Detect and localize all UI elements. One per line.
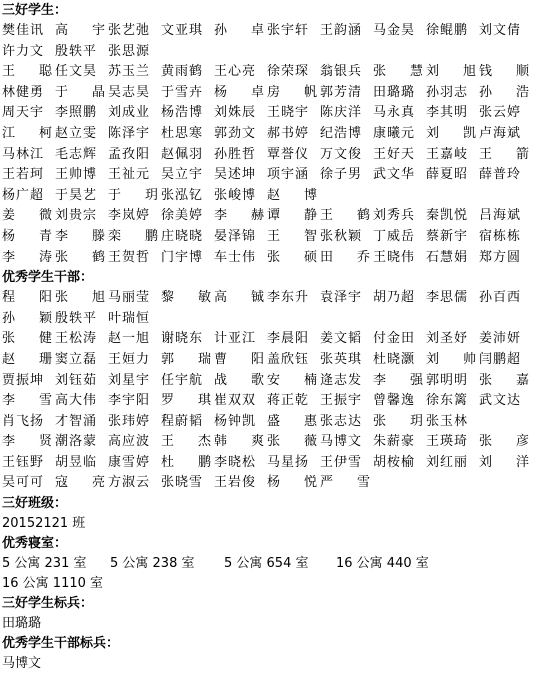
student-name: 张旭 bbox=[55, 288, 105, 309]
student-name: 吴立宇 bbox=[161, 165, 211, 186]
student-name: 战歌 bbox=[214, 371, 264, 392]
student-name: 叶瑞恒 bbox=[108, 309, 158, 330]
student-name: 郭劲文 bbox=[214, 124, 264, 145]
student-name: 谭静 bbox=[267, 206, 317, 227]
student-name: 刘旭 bbox=[426, 62, 476, 83]
sanhao-class-value: 20152121 班 bbox=[2, 514, 555, 534]
student-name: 李强 bbox=[373, 371, 423, 392]
student-name: 杨卓 bbox=[214, 83, 264, 104]
student-name: 徐荣琛 bbox=[267, 62, 317, 83]
student-name: 王帅博 bbox=[55, 165, 105, 186]
student-name: 张峻博 bbox=[214, 186, 264, 207]
student-name: 张宇轩 bbox=[267, 21, 317, 42]
student-name: 周天宇 bbox=[2, 103, 52, 124]
student-name: 盖欣钰 bbox=[267, 350, 317, 371]
student-name: 田乔 bbox=[320, 248, 370, 269]
name-row: 孙颖殷轶平叶瑞恒 bbox=[2, 309, 555, 330]
student-name: 翁银兵 bbox=[320, 62, 370, 83]
student-name: 马林江 bbox=[2, 145, 52, 166]
student-name: 刘成业 bbox=[108, 103, 158, 124]
student-name: 高应波 bbox=[108, 432, 158, 453]
name-row: 王聪任文昊苏玉兰黄雨鹤王心亮徐荣琛翁银兵张慧刘旭钱顺 bbox=[2, 62, 555, 83]
student-name: 王姮力 bbox=[108, 350, 158, 371]
student-name: 曾馨逸 bbox=[373, 391, 423, 412]
student-name: 杨钟凯 bbox=[214, 412, 264, 433]
student-name: 蔡新宇 bbox=[426, 227, 476, 248]
student-name: 张嘉 bbox=[479, 371, 529, 392]
student-name: 窦立磊 bbox=[55, 350, 105, 371]
student-name: 蒋正乾 bbox=[267, 391, 317, 412]
student-name: 毛志辉 bbox=[55, 145, 105, 166]
name-row: 李雪高大伟李宇阳罗琪崔双双蒋正乾王振宇曾馨逸徐东篱武文达 bbox=[2, 391, 555, 412]
student-name: 方淑云 bbox=[108, 473, 158, 494]
student-name: 门宇博 bbox=[161, 248, 211, 269]
student-name: 马星扬 bbox=[267, 453, 317, 474]
excellent-cadres-list: 程阳张旭马丽莹黎敏高铖李东升袁泽宇胡乃超李思儒孙百西孙颖殷轶平叶瑞恒张健王松涛赵… bbox=[2, 288, 555, 494]
student-name: 刘钰茹 bbox=[55, 371, 105, 392]
student-name: 车士伟 bbox=[214, 248, 264, 269]
student-name: 纪浩博 bbox=[320, 124, 370, 145]
name-row: 吴可可寇亮方淑云张晓雪王岩俊杨悦严雪 bbox=[2, 473, 555, 494]
student-name: 王晓伟 bbox=[373, 248, 423, 269]
student-name: 田璐璐 bbox=[373, 83, 423, 104]
student-name: 马博文 bbox=[320, 432, 370, 453]
student-name: 吴可可 bbox=[2, 473, 52, 494]
student-name: 王箭 bbox=[479, 145, 529, 166]
name-row: 姜微刘贵宗李岚婷徐美婷李赫谭静王鹤刘秀兵秦凯悦吕海斌 bbox=[2, 206, 555, 227]
student-name: 于晶 bbox=[55, 83, 105, 104]
student-name: 姜文韬 bbox=[320, 329, 370, 350]
student-name: 张薇 bbox=[267, 432, 317, 453]
student-name: 庄晓晓 bbox=[161, 227, 211, 248]
student-name: 武文达 bbox=[479, 391, 529, 412]
student-name: 任文昊 bbox=[55, 62, 105, 83]
student-name: 李涛 bbox=[2, 248, 52, 269]
student-name: 秦凯悦 bbox=[426, 206, 476, 227]
student-name: 付金田 bbox=[373, 329, 423, 350]
dorm-row: 5 公寓 231 室5 公寓 238 室5 公寓 654 室16 公寓 440 … bbox=[2, 554, 555, 574]
student-name: 郭明明 bbox=[426, 371, 476, 392]
student-name: 盛惠 bbox=[267, 412, 317, 433]
student-name: 王嘉岐 bbox=[426, 145, 476, 166]
student-name: 李宇阳 bbox=[108, 391, 158, 412]
student-name: 胡昱临 bbox=[55, 453, 105, 474]
student-name: 王杰 bbox=[161, 432, 211, 453]
student-name: 李贤 bbox=[2, 432, 52, 453]
student-name: 苏玉兰 bbox=[108, 62, 158, 83]
student-name: 杜思寒 bbox=[161, 124, 211, 145]
student-name: 薛普玲 bbox=[479, 165, 529, 186]
student-name: 晏泽锦 bbox=[214, 227, 264, 248]
section-title-excellent-dorms: 优秀寝室： bbox=[2, 534, 555, 554]
student-name: 王瑛琦 bbox=[426, 432, 476, 453]
name-row: 张健王松涛赵一旭谢晓东计亚江李晨阳姜文韬付金田刘圣妤姜沛妍 bbox=[2, 329, 555, 350]
student-name: 韩爽 bbox=[214, 432, 264, 453]
student-name: 孙羽志 bbox=[426, 83, 476, 104]
student-name: 赵博 bbox=[267, 186, 317, 207]
student-name: 朱薪豪 bbox=[373, 432, 423, 453]
sanhao-students-list: 樊佳讯高宇张艺弛文亚琪孙卓张宇轩王韵涵马金昊徐鲲鹏刘文倩许力文殷轶平张思源王聪任… bbox=[2, 21, 555, 268]
student-name: 胡乃超 bbox=[373, 288, 423, 309]
student-name: 林健勇 bbox=[2, 83, 52, 104]
student-name: 谢晓东 bbox=[161, 329, 211, 350]
student-name: 刘文倩 bbox=[479, 21, 529, 42]
section-title-sanhao-class: 三好班级： bbox=[2, 494, 555, 514]
student-name: 张晓雪 bbox=[161, 473, 211, 494]
dorm-room: 5 公寓 231 室 bbox=[2, 554, 86, 574]
section-title-sanhao-students: 三好学生： bbox=[2, 1, 555, 21]
student-name: 王若珂 bbox=[2, 165, 52, 186]
student-name: 徐子男 bbox=[320, 165, 370, 186]
student-name: 高宇 bbox=[55, 21, 105, 42]
student-name: 潮洛蒙 bbox=[55, 432, 105, 453]
student-name: 李照鹏 bbox=[55, 103, 105, 124]
section-title-sanhao-model: 三好学生标兵： bbox=[2, 594, 555, 614]
student-name: 项宇涵 bbox=[267, 165, 317, 186]
student-name: 才智涌 bbox=[55, 412, 105, 433]
student-name: 严雪 bbox=[320, 473, 370, 494]
student-name: 康雪婷 bbox=[108, 453, 158, 474]
name-row: 樊佳讯高宇张艺弛文亚琪孙卓张宇轩王韵涵马金昊徐鲲鹏刘文倩 bbox=[2, 21, 555, 42]
student-name: 江柯 bbox=[2, 124, 52, 145]
name-row: 江柯赵立雯陈泽宇杜思寒郭劲文郝书婷纪浩博康曦元刘凯卢海斌 bbox=[2, 124, 555, 145]
student-name: 张彦 bbox=[479, 432, 529, 453]
student-name: 杨广超 bbox=[2, 186, 52, 207]
student-name: 张玮婷 bbox=[108, 412, 158, 433]
student-name: 马永真 bbox=[373, 103, 423, 124]
student-name: 吴志昊 bbox=[108, 83, 158, 104]
student-name: 丁威岳 bbox=[373, 227, 423, 248]
student-name: 贾振坤 bbox=[2, 371, 52, 392]
student-name: 刘秀兵 bbox=[373, 206, 423, 227]
student-name: 肖飞扬 bbox=[2, 412, 52, 433]
student-name: 石慧娟 bbox=[426, 248, 476, 269]
student-name: 张玉林 bbox=[426, 412, 476, 433]
student-name: 任宇航 bbox=[161, 371, 211, 392]
student-name: 逄志发 bbox=[320, 371, 370, 392]
student-name: 张泓钇 bbox=[161, 186, 211, 207]
student-name: 高铖 bbox=[214, 288, 264, 309]
student-name: 吕海斌 bbox=[479, 206, 529, 227]
student-name: 李思儒 bbox=[426, 288, 476, 309]
name-row: 周天宇李照鹏刘成业杨浩博刘姝辰王晓宇陈庆洋马永真李其明张云婷 bbox=[2, 103, 555, 124]
student-name: 黄雨鹤 bbox=[161, 62, 211, 83]
student-name: 杨悦 bbox=[267, 473, 317, 494]
name-row: 李贤潮洛蒙高应波王杰韩爽张薇马博文朱薪豪王瑛琦张彦 bbox=[2, 432, 555, 453]
student-name: 康曦元 bbox=[373, 124, 423, 145]
student-name: 郝书婷 bbox=[267, 124, 317, 145]
student-name: 程蔚韬 bbox=[161, 412, 211, 433]
excellent-dorms-list: 5 公寓 231 室5 公寓 238 室5 公寓 654 室16 公寓 440 … bbox=[2, 554, 555, 594]
student-name: 计亚江 bbox=[214, 329, 264, 350]
name-row: 李涛张鹤王贺哲门宇博车士伟张硕田乔王晓伟石慧娟郑方圆 bbox=[2, 248, 555, 269]
student-name: 王聪 bbox=[2, 62, 52, 83]
student-name: 王伊雪 bbox=[320, 453, 370, 474]
student-name: 王晓宇 bbox=[267, 103, 317, 124]
name-row: 马林江毛志辉孟孜阳赵佩羽孙胜哲覃誉仪万文俊王好天王嘉岐王箭 bbox=[2, 145, 555, 166]
name-row: 肖飞扬才智涌张玮婷程蔚韬杨钟凯盛惠张志达张玥张玉林 bbox=[2, 412, 555, 433]
student-name: 王智 bbox=[267, 227, 317, 248]
student-name: 张思源 bbox=[108, 42, 158, 63]
award-list-document: 三好学生： 樊佳讯高宇张艺弛文亚琪孙卓张宇轩王韵涵马金昊徐鲲鹏刘文倩许力文殷轶平… bbox=[2, 1, 555, 674]
student-name: 安楠 bbox=[267, 371, 317, 392]
name-row: 贾振坤刘钰茹刘星宇任宇航战歌安楠逄志发李强郭明明张嘉 bbox=[2, 371, 555, 392]
student-name: 张秋颖 bbox=[320, 227, 370, 248]
student-name: 赵一旭 bbox=[108, 329, 158, 350]
student-name: 李其明 bbox=[426, 103, 476, 124]
student-name: 吴述坤 bbox=[214, 165, 264, 186]
student-name: 张慧 bbox=[373, 62, 423, 83]
student-name: 张玥 bbox=[373, 412, 423, 433]
student-name: 李雪 bbox=[2, 391, 52, 412]
student-name: 王岩俊 bbox=[214, 473, 264, 494]
student-name: 郑方圆 bbox=[479, 248, 529, 269]
student-name: 于玥 bbox=[108, 186, 158, 207]
student-name: 李滕 bbox=[55, 227, 105, 248]
dorm-row: 16 公寓 1110 室 bbox=[2, 574, 555, 594]
student-name: 卢海斌 bbox=[479, 124, 529, 145]
dorm-room: 5 公寓 238 室 bbox=[110, 554, 194, 574]
dorm-room: 16 公寓 1110 室 bbox=[2, 574, 103, 594]
student-name: 文亚琪 bbox=[161, 21, 211, 42]
student-name: 刘凯 bbox=[426, 124, 476, 145]
student-name: 刘星宇 bbox=[108, 371, 158, 392]
student-name: 程阳 bbox=[2, 288, 52, 309]
student-name: 刘圣妤 bbox=[426, 329, 476, 350]
student-name: 孟孜阳 bbox=[108, 145, 158, 166]
student-name: 殷轶平 bbox=[55, 42, 105, 63]
student-name: 杜晓灏 bbox=[373, 350, 423, 371]
name-row: 王钰野胡昱临康雪婷杜鹏李晓松马星扬王伊雪胡桉榆刘红丽刘洋 bbox=[2, 453, 555, 474]
student-name: 王心亮 bbox=[214, 62, 264, 83]
student-name: 黎敏 bbox=[161, 288, 211, 309]
student-name: 孙胜哲 bbox=[214, 145, 264, 166]
student-name: 王韵涵 bbox=[320, 21, 370, 42]
section-title-excellent-cadres: 优秀学生干部： bbox=[2, 268, 555, 288]
student-name: 马金昊 bbox=[373, 21, 423, 42]
student-name: 李岚婷 bbox=[108, 206, 158, 227]
student-name: 王鹤 bbox=[320, 206, 370, 227]
name-row: 赵珊窦立磊王姮力郭瑞曹阳盖欣钰张英琪杜晓灏刘帅闫鹏超 bbox=[2, 350, 555, 371]
student-name: 樊佳讯 bbox=[2, 21, 52, 42]
student-name: 于雪卉 bbox=[161, 83, 211, 104]
student-name: 张鹤 bbox=[55, 248, 105, 269]
student-name: 赵珊 bbox=[2, 350, 52, 371]
student-name: 王祉元 bbox=[108, 165, 158, 186]
student-name: 姜沛妍 bbox=[479, 329, 529, 350]
student-name: 杨青 bbox=[2, 227, 52, 248]
dorm-room: 16 公寓 440 室 bbox=[336, 554, 429, 574]
student-name: 房帆 bbox=[267, 83, 317, 104]
student-name: 胡桉榆 bbox=[373, 453, 423, 474]
name-row: 杨广超于昊艺于玥张泓钇张峻博赵博 bbox=[2, 186, 555, 207]
student-name: 罗琪 bbox=[161, 391, 211, 412]
student-name: 赵立雯 bbox=[55, 124, 105, 145]
student-name: 杨浩博 bbox=[161, 103, 211, 124]
student-name: 孙浩 bbox=[479, 83, 529, 104]
student-name: 李晓松 bbox=[214, 453, 264, 474]
student-name: 张英琪 bbox=[320, 350, 370, 371]
student-name: 李晨阳 bbox=[267, 329, 317, 350]
student-name: 陈庆洋 bbox=[320, 103, 370, 124]
student-name: 王松涛 bbox=[55, 329, 105, 350]
name-row: 林健勇于晶吴志昊于雪卉杨卓房帆郭芳清田璐璐孙羽志孙浩 bbox=[2, 83, 555, 104]
student-name: 武文华 bbox=[373, 165, 423, 186]
student-name: 宿栋栋 bbox=[479, 227, 529, 248]
student-name: 张硕 bbox=[267, 248, 317, 269]
student-name: 寇亮 bbox=[55, 473, 105, 494]
student-name: 殷轶平 bbox=[55, 309, 105, 330]
student-name: 王贺哲 bbox=[108, 248, 158, 269]
student-name: 孙颖 bbox=[2, 309, 52, 330]
student-name: 杜鹏 bbox=[161, 453, 211, 474]
student-name: 李东升 bbox=[267, 288, 317, 309]
student-name: 于昊艺 bbox=[55, 186, 105, 207]
sanhao-model-value: 田璐璐 bbox=[2, 614, 555, 634]
student-name: 刘洋 bbox=[479, 453, 529, 474]
student-name: 赵佩羽 bbox=[161, 145, 211, 166]
student-name: 刘姝辰 bbox=[214, 103, 264, 124]
student-name: 袁泽宇 bbox=[320, 288, 370, 309]
student-name: 万文俊 bbox=[320, 145, 370, 166]
student-name: 张志达 bbox=[320, 412, 370, 433]
student-name: 徐美婷 bbox=[161, 206, 211, 227]
student-name: 陈泽宇 bbox=[108, 124, 158, 145]
student-name: 郭瑞 bbox=[161, 350, 211, 371]
student-name: 姜微 bbox=[2, 206, 52, 227]
student-name: 崔双双 bbox=[214, 391, 264, 412]
section-title-cadre-model: 优秀学生干部标兵： bbox=[2, 634, 555, 654]
student-name: 闫鹏超 bbox=[479, 350, 529, 371]
student-name: 栾鹏 bbox=[108, 227, 158, 248]
student-name: 孙卓 bbox=[214, 21, 264, 42]
student-name: 徐东篱 bbox=[426, 391, 476, 412]
student-name: 马丽莹 bbox=[108, 288, 158, 309]
student-name: 孙百西 bbox=[479, 288, 529, 309]
student-name: 王好天 bbox=[373, 145, 423, 166]
student-name: 钱顺 bbox=[479, 62, 529, 83]
student-name: 王振宇 bbox=[320, 391, 370, 412]
student-name: 张云婷 bbox=[479, 103, 529, 124]
student-name: 高大伟 bbox=[55, 391, 105, 412]
dorm-room: 5 公寓 654 室 bbox=[224, 554, 308, 574]
name-row: 程阳张旭马丽莹黎敏高铖李东升袁泽宇胡乃超李思儒孙百西 bbox=[2, 288, 555, 309]
student-name: 薛夏昭 bbox=[426, 165, 476, 186]
cadre-model-value: 马博文 bbox=[2, 654, 555, 674]
student-name: 张艺弛 bbox=[108, 21, 158, 42]
student-name: 李赫 bbox=[214, 206, 264, 227]
name-row: 杨青李滕栾鹏庄晓晓晏泽锦王智张秋颖丁威岳蔡新宇宿栋栋 bbox=[2, 227, 555, 248]
student-name: 许力文 bbox=[2, 42, 52, 63]
student-name: 王钰野 bbox=[2, 453, 52, 474]
name-row: 许力文殷轶平张思源 bbox=[2, 42, 555, 63]
name-row: 王若珂王帅博王祉元吴立宇吴述坤项宇涵徐子男武文华薛夏昭薛普玲 bbox=[2, 165, 555, 186]
student-name: 徐鲲鹏 bbox=[426, 21, 476, 42]
student-name: 刘红丽 bbox=[426, 453, 476, 474]
student-name: 张健 bbox=[2, 329, 52, 350]
student-name: 郭芳清 bbox=[320, 83, 370, 104]
student-name: 刘贵宗 bbox=[55, 206, 105, 227]
student-name: 刘帅 bbox=[426, 350, 476, 371]
student-name: 曹阳 bbox=[214, 350, 264, 371]
student-name: 覃誉仪 bbox=[267, 145, 317, 166]
